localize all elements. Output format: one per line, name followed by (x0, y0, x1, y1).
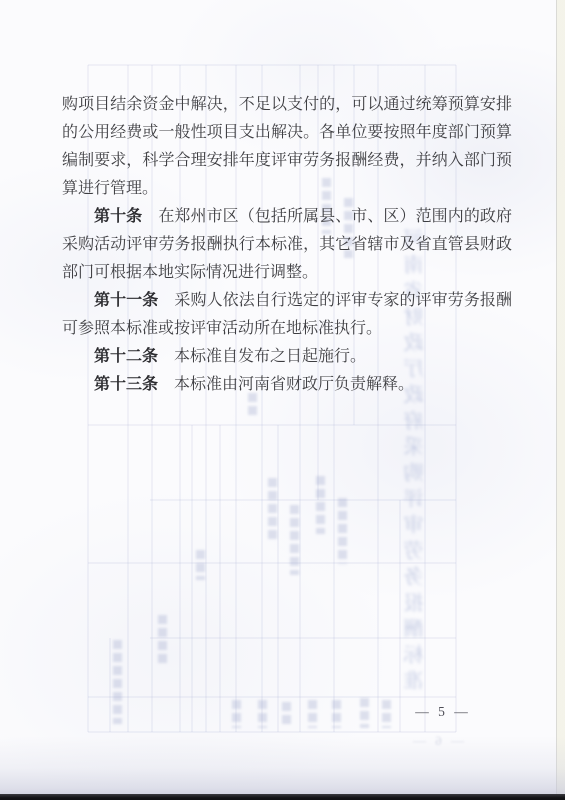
scan-right-edge (556, 0, 565, 794)
article-10-heading: 第十条 (94, 208, 142, 225)
scanned-document-page: 河南省财政厅政府采购评审劳务报酬标准 购项目结余资金中解决，不足以支付的，可以通… (0, 0, 565, 800)
document-body: 购项目结余资金中解决，不足以支付的，可以通过统筹预算安排的公用经费或一般性项目支… (62, 91, 512, 399)
paragraph-continuation: 购项目结余资金中解决，不足以支付的，可以通过统筹预算安排的公用经费或一般性项目支… (62, 91, 512, 203)
paragraph-article-11: 第十一条 采购人依法自行选定的评审专家的评审劳务报酬可参照本标准或按评审活动所在… (62, 287, 512, 343)
article-12-heading: 第十二条 (94, 348, 158, 365)
article-11-heading: 第十一条 (94, 292, 158, 309)
scan-bottom-edge (0, 794, 565, 800)
article-13-heading: 第十三条 (94, 376, 158, 393)
bleed-through-page-number: — 6 — (402, 733, 472, 749)
paragraph-article-10: 第十条 在郑州市区（包括所属县、市、区）范围内的政府采购活动评审劳务报酬执行本标… (62, 203, 512, 287)
paragraph-text: 本标准自发布之日起施行。 (158, 348, 366, 365)
paragraph-article-12: 第十二条 本标准自发布之日起施行。 (62, 343, 512, 371)
paragraph-text: 本标准由河南省财政厅负责解释。 (158, 376, 414, 393)
paragraph-article-13: 第十三条 本标准由河南省财政厅负责解释。 (62, 371, 512, 399)
scan-bottom-shadow (0, 736, 565, 794)
paragraph-text: 购项目结余资金中解决，不足以支付的，可以通过统筹预算安排的公用经费或一般性项目支… (62, 96, 512, 197)
page-number: — 5 — (408, 704, 478, 720)
